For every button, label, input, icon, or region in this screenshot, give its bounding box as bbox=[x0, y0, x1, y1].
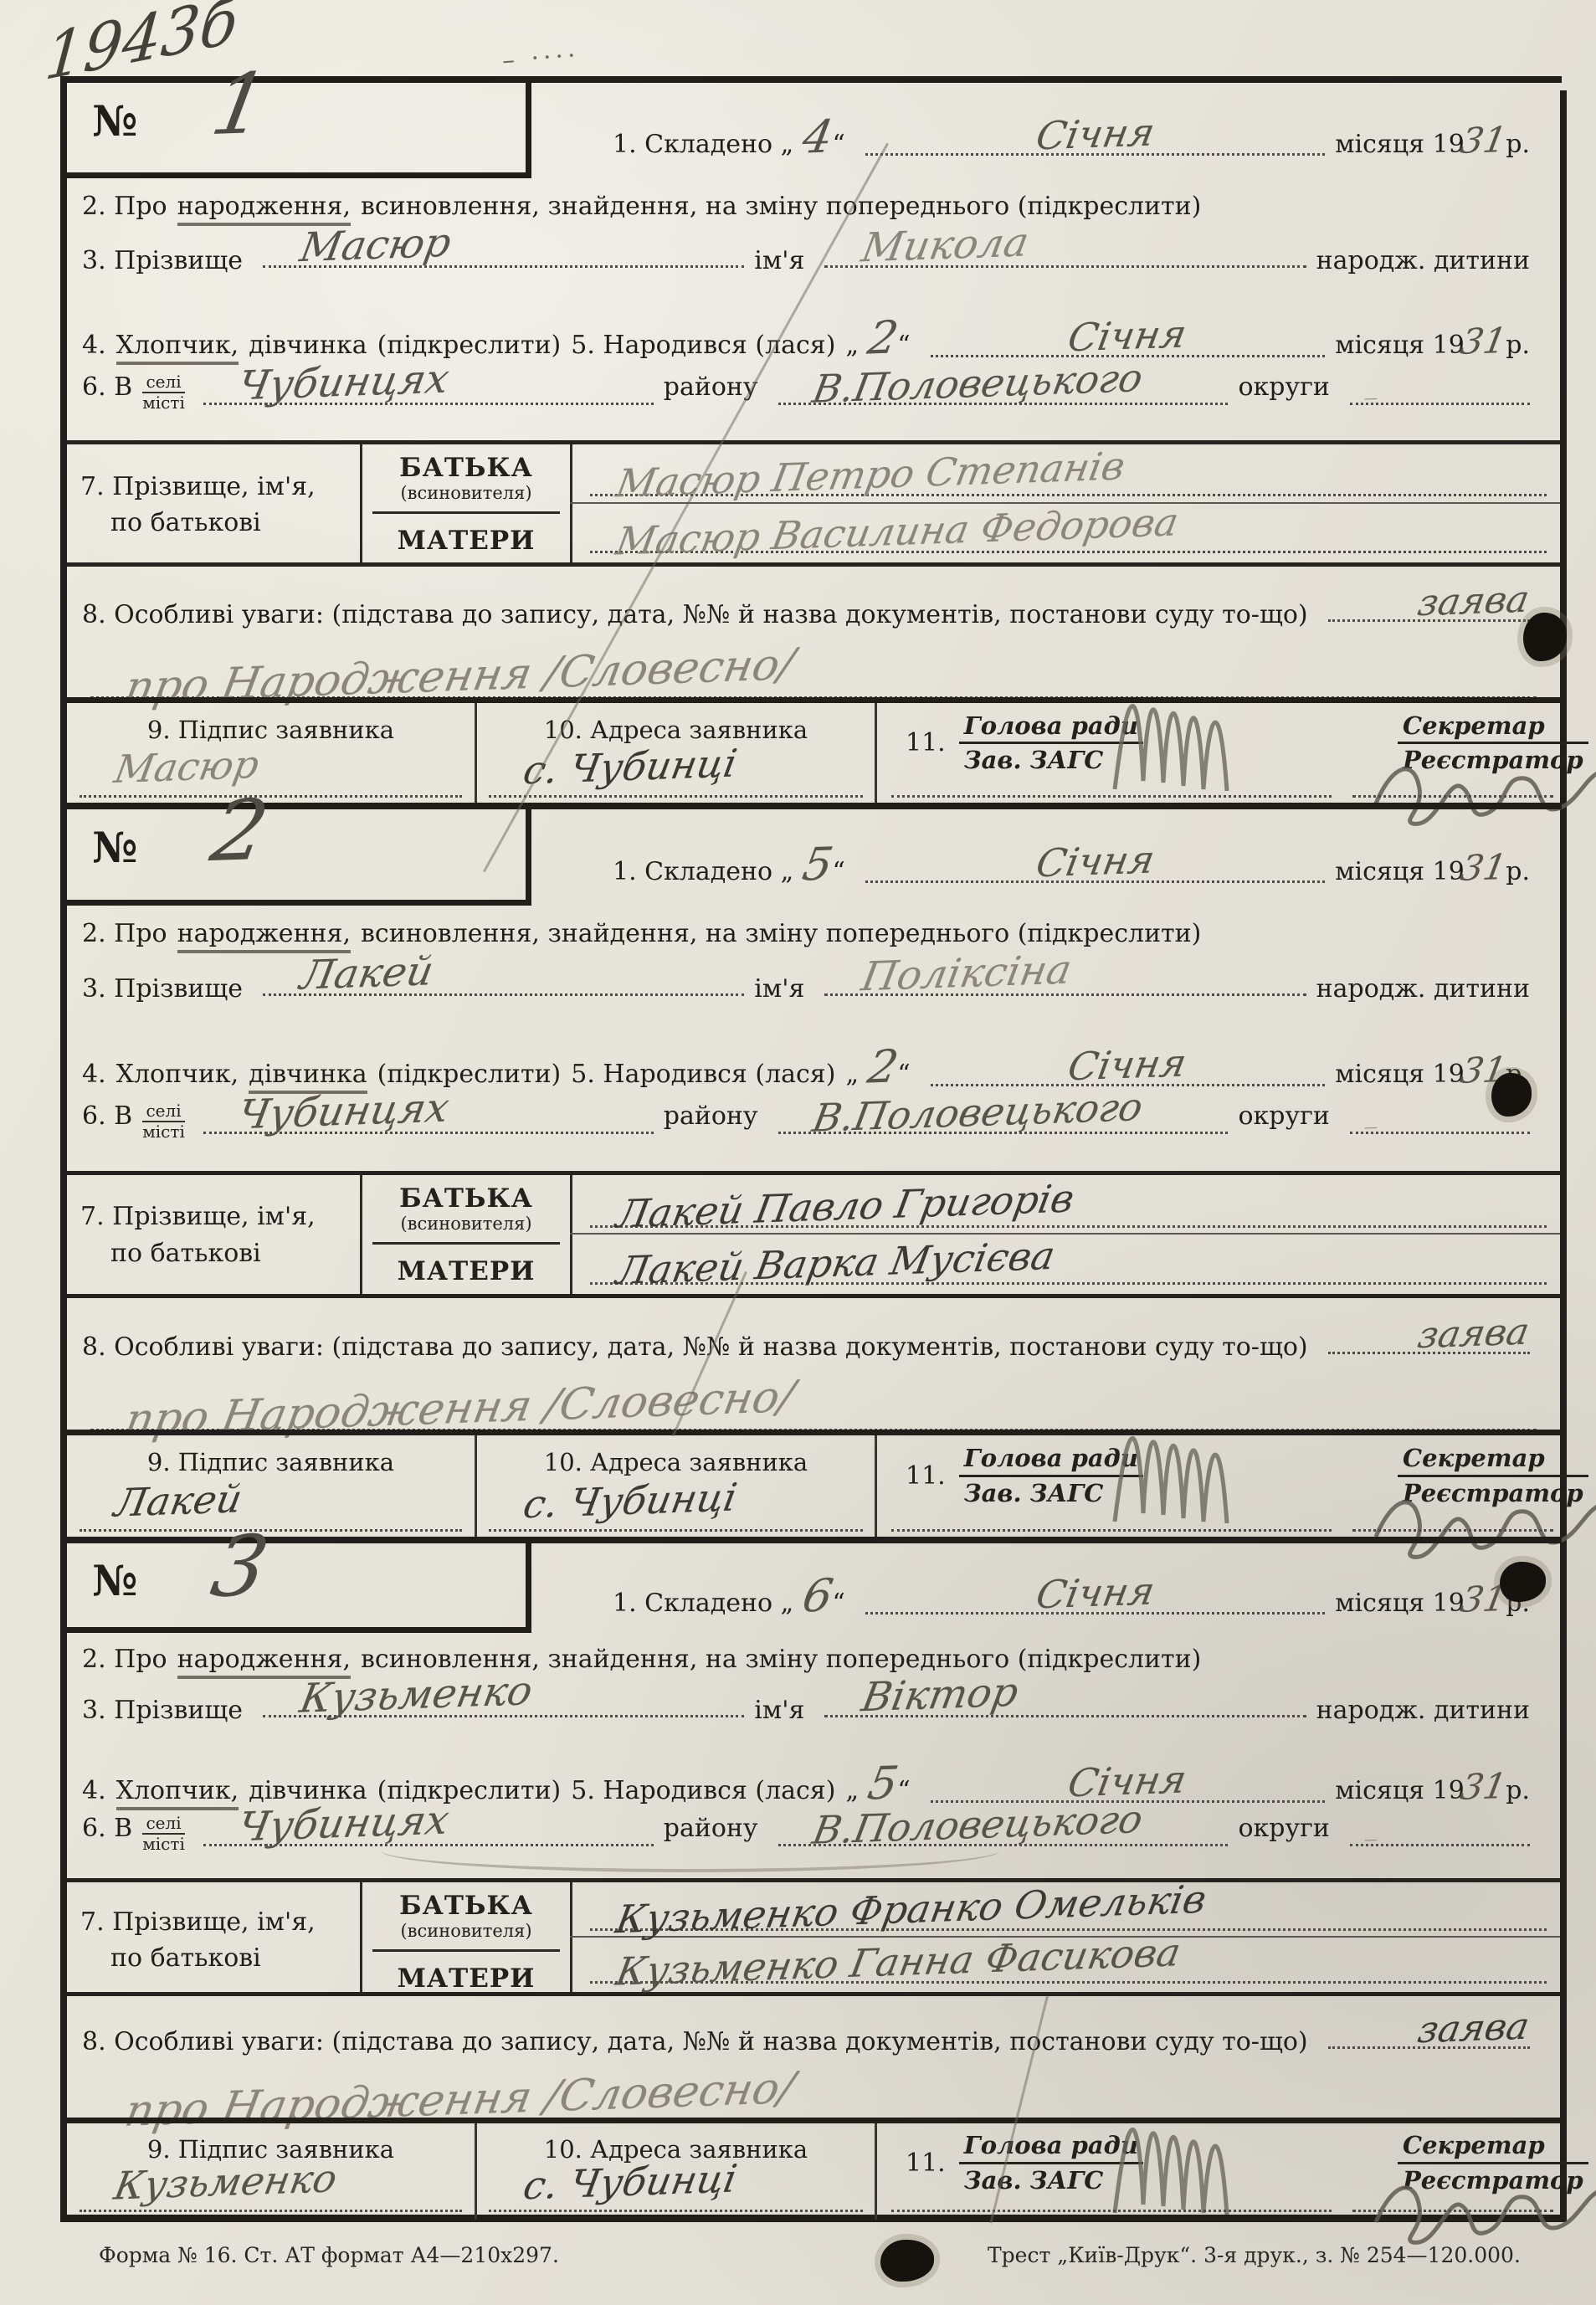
birth-month-handwritten: Січня bbox=[1065, 1040, 1191, 1089]
remarks-continuation-line: про Народження /Словесно/ bbox=[90, 2070, 1537, 2123]
parents-section: 7. Прізвище, ім'я, по батькові БАТЬКА (в… bbox=[67, 440, 1560, 567]
year-suffix: р. bbox=[1506, 857, 1530, 886]
remarks-continuation-line: про Народження /Словесно/ bbox=[90, 1378, 1537, 1431]
year-suffix: р. bbox=[1506, 331, 1530, 360]
applicant-signature-cell: 9. Підпис заявника Кузьменко bbox=[67, 2123, 477, 2220]
item4-number: 4. bbox=[82, 1060, 106, 1089]
mother-label: МАТЕРИ bbox=[362, 526, 570, 556]
remarks-label: 8. Особливі уваги: (підстава до запису, … bbox=[82, 2027, 1308, 2056]
item4-number: 4. bbox=[82, 331, 106, 360]
surname-handwritten: Масюр bbox=[296, 219, 454, 271]
mother-handwritten: Лакей Варка Мусієва bbox=[613, 1233, 1059, 1293]
remarks-line: заява bbox=[1328, 2041, 1530, 2049]
child-name-row: 3. Прізвище Кузьменко ім'я Віктор народж… bbox=[82, 1696, 1540, 1725]
scanned-registry-page: 1943б – ···· № 1 1. Складено „ 4 “ Січня… bbox=[0, 0, 1596, 2305]
sex-girl-label: дівчинка bbox=[249, 331, 367, 360]
applicant-address-label: 10. Адреса заявника bbox=[477, 1448, 875, 1476]
father-mother-column: БАТЬКА (всиновителя) МАТЕРИ bbox=[360, 1175, 572, 1294]
council-head-line bbox=[891, 795, 1332, 798]
surname-line: Кузьменко bbox=[263, 1710, 744, 1717]
address-line bbox=[489, 1529, 863, 1532]
council-head-fraction: Голова ради Зав. ЗАГС bbox=[959, 711, 1143, 776]
village-handwritten: Чубинцях bbox=[234, 1085, 453, 1139]
okruha-dash: — bbox=[1363, 390, 1378, 407]
village-town-fraction: селі місті bbox=[142, 1101, 185, 1142]
quote-open: „ bbox=[845, 331, 859, 360]
applicant-signature-label: 9. Підпис заявника bbox=[67, 1448, 475, 1476]
child-of-label: народж. дитини bbox=[1316, 974, 1530, 1004]
name-label: ім'я bbox=[754, 1696, 804, 1725]
month-prefix: місяця 19 bbox=[1335, 331, 1465, 360]
ink-blot bbox=[880, 2240, 934, 2282]
sex-and-birthdate-row: 4. Хлопчик, дівчинка (підкреслити) 5. На… bbox=[82, 1040, 1540, 1094]
parents-caption-line2: по батькові bbox=[110, 1235, 316, 1272]
surname-label: 3. Прізвище bbox=[82, 246, 243, 275]
district-line: В.Половецького bbox=[778, 1127, 1229, 1134]
okruha-dash: — bbox=[1363, 1119, 1378, 1136]
item11-number: 11. bbox=[906, 1461, 946, 1491]
surname-label: 3. Прізвище bbox=[82, 974, 243, 1004]
underline-hint: (підкреслити) bbox=[377, 331, 562, 360]
secretary-cell: Секретар Реєстратор bbox=[1346, 2123, 1560, 2220]
secretary-label: Секретар bbox=[1398, 711, 1588, 745]
applicant-address-cell: 10. Адреса заявника с. Чубинці bbox=[477, 703, 877, 806]
surname-line: Масюр bbox=[263, 260, 744, 268]
okruha-label: округи bbox=[1238, 1101, 1329, 1131]
quote: “ bbox=[833, 130, 845, 159]
born-label: 5. Народився (лася) bbox=[571, 1776, 835, 1805]
page-border-left bbox=[60, 77, 67, 2221]
secretary-line bbox=[1352, 795, 1554, 798]
applicant-address-handwritten: с. Чубинці bbox=[520, 2155, 740, 2208]
quote: “ bbox=[833, 1589, 845, 1618]
okruha-dash: — bbox=[1363, 1831, 1378, 1848]
composed-month-handwritten: Січня bbox=[1033, 110, 1158, 159]
okruha-label: округи bbox=[1238, 372, 1329, 402]
okruha-line: — bbox=[1350, 1839, 1530, 1846]
composed-day-handwritten: 4 bbox=[798, 110, 837, 164]
composed-date-row: 1. Складено „ 4 “ Січня місяця 19 31 р. bbox=[613, 110, 1540, 163]
column-divider bbox=[372, 1242, 560, 1245]
name-handwritten: Віктор bbox=[859, 1669, 1023, 1721]
quote-open: „ bbox=[845, 1060, 859, 1089]
father-label: БАТЬКА bbox=[362, 1183, 570, 1214]
composed-month-line: Січня bbox=[865, 148, 1325, 156]
address-line bbox=[489, 2210, 863, 2212]
mother-handwritten: Масюр Василина Федорова bbox=[613, 499, 1182, 563]
seli-label: селі bbox=[142, 1101, 185, 1122]
number-sign: № bbox=[92, 96, 137, 146]
mother-label: МАТЕРИ bbox=[362, 1964, 570, 1994]
registrar-label: Реєстратор bbox=[1398, 1477, 1588, 1508]
name-line: Поліксіна bbox=[824, 988, 1306, 996]
child-of-label: народж. дитини bbox=[1316, 1696, 1530, 1725]
parents-caption-line1: 7. Прізвище, ім'я, bbox=[80, 1199, 316, 1235]
mother-label: МАТЕРИ bbox=[362, 1256, 570, 1286]
surname-handwritten: Лакей bbox=[297, 947, 438, 998]
column-divider bbox=[372, 1949, 560, 1952]
name-label: ім'я bbox=[754, 246, 804, 275]
applicant-signature-handwritten: Кузьменко bbox=[111, 2155, 341, 2208]
number-sign: № bbox=[92, 1556, 137, 1605]
composed-year-handwritten: 31 bbox=[1457, 119, 1510, 162]
remarks-row: 8. Особливі уваги: (підстава до запису, … bbox=[82, 2027, 1540, 2056]
item11-number: 11. bbox=[906, 2148, 946, 2178]
council-head-cell: 11. Голова ради Зав. ЗАГС bbox=[877, 2123, 1346, 2220]
village-line: Чубинцях bbox=[203, 398, 654, 405]
father-label: БАТЬКА bbox=[362, 453, 570, 483]
registrar-label: Реєстратор bbox=[1398, 2164, 1588, 2195]
council-head-fraction: Голова ради Зав. ЗАГС bbox=[959, 2131, 1143, 2195]
surname-line: Лакей bbox=[263, 988, 744, 996]
birth-day-handwritten: 2 bbox=[864, 311, 902, 364]
composed-label: 1. Складено „ bbox=[613, 857, 793, 886]
mother-line: Масюр Василина Федорова bbox=[590, 551, 1547, 553]
record-number-box: № 3 bbox=[67, 1540, 531, 1633]
father-line: Кузьменко Франко Омельків bbox=[590, 1928, 1547, 1931]
secretary-cell: Секретар Реєстратор bbox=[1346, 1435, 1560, 1540]
adopter-label: (всиновителя) bbox=[362, 1214, 570, 1234]
month-prefix: місяця 19 bbox=[1335, 1060, 1465, 1089]
remarks-line: заява bbox=[1328, 1347, 1530, 1354]
column-divider bbox=[372, 511, 560, 514]
rayon-label: району bbox=[664, 372, 758, 402]
born-label: 5. Народився (лася) bbox=[571, 331, 835, 360]
quote-close: “ bbox=[897, 331, 910, 360]
name-line: Віктор bbox=[824, 1710, 1306, 1717]
applicant-address-cell: 10. Адреса заявника с. Чубинці bbox=[477, 1435, 877, 1540]
district-line: В.Половецького bbox=[778, 398, 1229, 405]
item4-number: 4. bbox=[82, 1776, 106, 1805]
okruha-line: — bbox=[1350, 398, 1530, 405]
sex-boy-label: Хлопчик, bbox=[116, 1060, 239, 1089]
parents-caption-line2: по батькові bbox=[110, 1940, 316, 1977]
mother-line: Кузьменко Ганна Фасикова bbox=[590, 1981, 1547, 1984]
month-prefix: місяця 19 bbox=[1335, 857, 1465, 886]
zags-label: Зав. ЗАГС bbox=[959, 1477, 1143, 1508]
record-entry-2: № 2 1. Складено „ 5 “ Січня місяця 19 31… bbox=[67, 806, 1560, 1540]
signatures-row: 9. Підпис заявника Лакей 10. Адреса заяв… bbox=[67, 1430, 1560, 1540]
secretary-fraction: Секретар Реєстратор bbox=[1398, 711, 1588, 776]
village-town-fraction: селі місті bbox=[142, 372, 185, 413]
item2-underlined-word: народження, bbox=[177, 1645, 351, 1679]
adopter-label: (всиновителя) bbox=[362, 483, 570, 503]
okruha-label: округи bbox=[1238, 1814, 1329, 1843]
month-prefix: місяця 19 bbox=[1335, 1776, 1465, 1805]
remarks-row: 8. Особливі уваги: (підстава до запису, … bbox=[82, 600, 1540, 629]
child-of-label: народж. дитини bbox=[1316, 246, 1530, 275]
address-line bbox=[489, 795, 863, 798]
remarks-handwritten: заява bbox=[1414, 2005, 1532, 2052]
record-entry-3: № 3 1. Складено „ 6 “ Січня місяця 19 31… bbox=[67, 1540, 1560, 2220]
remarks-label: 8. Особливі уваги: (підстава до запису, … bbox=[82, 1332, 1308, 1362]
parents-caption: 7. Прізвище, ім'я, по батькові bbox=[80, 469, 316, 542]
place-row: 6. В селі місті Чубинцях району В.Полове… bbox=[82, 1101, 1540, 1142]
applicant-address-cell: 10. Адреса заявника с. Чубинці bbox=[477, 2123, 877, 2220]
father-line: Масюр Петро Степанів bbox=[590, 494, 1547, 496]
parents-caption-line1: 7. Прізвище, ім'я, bbox=[80, 1904, 316, 1941]
name-line: Микола bbox=[824, 260, 1306, 268]
remarks-label: 8. Особливі уваги: (підстава до запису, … bbox=[82, 600, 1308, 629]
parents-section: 7. Прізвище, ім'я, по батькові БАТЬКА (в… bbox=[67, 1171, 1560, 1298]
rayon-label: району bbox=[664, 1101, 758, 1131]
child-name-row: 3. Прізвище Лакей ім'я Поліксіна народж.… bbox=[82, 974, 1540, 1004]
birth-day-handwritten: 2 bbox=[864, 1040, 902, 1093]
quote-open: „ bbox=[845, 1776, 859, 1805]
council-head-label-group: 11. Голова ради Зав. ЗАГС bbox=[906, 2131, 1143, 2195]
council-head-line bbox=[891, 1529, 1332, 1532]
secretary-line bbox=[1352, 1529, 1554, 1532]
father-line: Лакей Павло Григорів bbox=[590, 1225, 1547, 1228]
applicant-signature-label: 9. Підпис заявника bbox=[67, 716, 475, 744]
village-handwritten: Чубинцях bbox=[234, 355, 453, 409]
item2-underlined-word: народження, bbox=[177, 192, 351, 226]
item2-rest: всиновлення, знайдення, на зміну поперед… bbox=[361, 192, 1201, 221]
seli-label: селі bbox=[142, 372, 185, 393]
underline-hint: (підкреслити) bbox=[377, 1060, 562, 1089]
print-house-note: Трест „Київ-Друк“. 3-я друк., з. № 254—1… bbox=[988, 2243, 1521, 2267]
record-entry-1: № 1 1. Складено „ 4 “ Січня місяця 19 31… bbox=[67, 80, 1560, 806]
council-head-label: Голова ради bbox=[959, 2131, 1143, 2164]
parents-section: 7. Прізвище, ім'я, по батькові БАТЬКА (в… bbox=[67, 1878, 1560, 1997]
item2-prefix: 2. Про bbox=[82, 1645, 167, 1674]
stray-pencil-curve bbox=[381, 1829, 1000, 1872]
village-town-fraction: селі місті bbox=[142, 1814, 185, 1854]
birth-year-handwritten: 31 bbox=[1457, 320, 1510, 362]
item2-prefix: 2. Про bbox=[82, 192, 167, 221]
misti-label: місті bbox=[142, 393, 185, 413]
pencil-mark: – ···· bbox=[501, 41, 581, 75]
council-head-cell: 11. Голова ради Зав. ЗАГС bbox=[877, 703, 1346, 806]
event-type-row: 2. Про народження, всиновлення, знайденн… bbox=[82, 192, 1540, 226]
birth-day-handwritten: 5 bbox=[864, 1756, 902, 1810]
composed-date-row: 1. Складено „ 5 “ Січня місяця 19 31 р. bbox=[613, 838, 1540, 891]
composed-day-handwritten: 5 bbox=[798, 837, 837, 891]
composed-day-handwritten: 6 bbox=[798, 1568, 837, 1622]
parents-caption: 7. Прізвище, ім'я, по батькові bbox=[80, 1904, 316, 1977]
year-suffix: р. bbox=[1506, 130, 1530, 159]
remarks-line: заява bbox=[1328, 614, 1530, 622]
birth-month-handwritten: Січня bbox=[1065, 311, 1191, 360]
composed-date-row: 1. Складено „ 6 “ Січня місяця 19 31 р. bbox=[613, 1569, 1540, 1622]
composed-label: 1. Складено „ bbox=[613, 130, 793, 159]
remarks-row: 8. Особливі уваги: (підстава до запису, … bbox=[82, 1332, 1540, 1362]
applicant-address-handwritten: с. Чубинці bbox=[520, 1475, 740, 1527]
born-label: 5. Народився (лася) bbox=[571, 1060, 835, 1089]
item2-underlined-word: народження, bbox=[177, 919, 351, 953]
father-handwritten: Лакей Павло Григорів bbox=[613, 1175, 1078, 1236]
mother-line: Лакей Варка Мусієва bbox=[590, 1282, 1547, 1285]
composed-month-line: Січня bbox=[865, 1607, 1325, 1615]
surname-handwritten: Кузьменко bbox=[296, 1667, 536, 1722]
council-head-label: Голова ради bbox=[959, 711, 1143, 745]
mother-handwritten: Кузьменко Ганна Фасикова bbox=[613, 1929, 1184, 1994]
parents-divider-line bbox=[570, 1233, 1560, 1235]
item6-prefix: 6. В bbox=[82, 1814, 132, 1843]
secretary-fraction: Секретар Реєстратор bbox=[1398, 2131, 1588, 2195]
council-head-label: Голова ради bbox=[959, 1444, 1143, 1477]
council-head-label-group: 11. Голова ради Зав. ЗАГС bbox=[906, 1444, 1143, 1508]
child-name-row: 3. Прізвище Масюр ім'я Микола народж. ди… bbox=[82, 246, 1540, 275]
zags-label: Зав. ЗАГС bbox=[959, 744, 1143, 775]
secretary-label: Секретар bbox=[1398, 2131, 1588, 2164]
council-head-label-group: 11. Голова ради Зав. ЗАГС bbox=[906, 711, 1143, 776]
okruha-line: — bbox=[1350, 1127, 1530, 1134]
council-head-line bbox=[891, 2210, 1332, 2212]
name-handwritten: Микола bbox=[859, 218, 1033, 271]
form-number-note: Форма № 16. Ст. АТ формат А4—210x297. bbox=[99, 2243, 559, 2267]
father-label: БАТЬКА bbox=[362, 1891, 570, 1921]
quote: “ bbox=[833, 857, 845, 886]
council-head-cell: 11. Голова ради Зав. ЗАГС bbox=[877, 1435, 1346, 1540]
composed-month-handwritten: Січня bbox=[1033, 836, 1158, 886]
remarks-continuation-line: про Народження /Словесно/ bbox=[90, 646, 1537, 699]
secretary-fraction: Секретар Реєстратор bbox=[1398, 1444, 1588, 1508]
signature-line bbox=[80, 2210, 463, 2212]
seli-label: селі bbox=[142, 1814, 185, 1835]
secretary-line bbox=[1352, 2210, 1554, 2212]
composed-month-handwritten: Січня bbox=[1033, 1568, 1158, 1617]
place-row: 6. В селі місті Чубинцях району В.Полове… bbox=[82, 372, 1540, 413]
month-prefix: місяця 19 bbox=[1335, 1589, 1465, 1618]
secretary-label: Секретар bbox=[1398, 1444, 1588, 1477]
father-mother-column: БАТЬКА (всиновителя) МАТЕРИ bbox=[360, 1882, 572, 1993]
record-number-handwritten: 1 bbox=[204, 54, 275, 154]
record-number-box: № 1 bbox=[67, 80, 531, 178]
adopter-label: (всиновителя) bbox=[362, 1921, 570, 1941]
name-handwritten: Поліксіна bbox=[859, 947, 1075, 1001]
year-suffix: р. bbox=[1506, 1776, 1530, 1805]
item6-prefix: 6. В bbox=[82, 372, 132, 402]
misti-label: місті bbox=[142, 1122, 185, 1142]
registrar-label: Реєстратор bbox=[1398, 744, 1588, 775]
remarks-handwritten: заява bbox=[1414, 578, 1532, 625]
composed-label: 1. Складено „ bbox=[613, 1589, 793, 1618]
secretary-cell: Секретар Реєстратор bbox=[1346, 703, 1560, 806]
event-type-row: 2. Про народження, всиновлення, знайденн… bbox=[82, 1645, 1540, 1679]
surname-label: 3. Прізвище bbox=[82, 1696, 243, 1725]
signatures-row: 9. Підпис заявника Масюр 10. Адреса заяв… bbox=[67, 697, 1560, 806]
page-border-right bbox=[1560, 90, 1567, 2221]
composed-year-handwritten: 31 bbox=[1457, 846, 1510, 889]
composed-month-line: Січня bbox=[865, 875, 1325, 883]
event-type-row: 2. Про народження, всиновлення, знайденн… bbox=[82, 919, 1540, 953]
sex-boy-label: Хлопчик, bbox=[116, 1776, 239, 1810]
record-number-box: № 2 bbox=[67, 806, 531, 906]
parents-caption-line1: 7. Прізвище, ім'я, bbox=[80, 469, 316, 506]
signatures-row: 9. Підпис заявника Кузьменко 10. Адреса … bbox=[67, 2118, 1560, 2220]
month-prefix: місяця 19 bbox=[1335, 130, 1465, 159]
council-head-fraction: Голова ради Зав. ЗАГС bbox=[959, 1444, 1143, 1508]
remarks-handwritten: заява bbox=[1414, 1311, 1532, 1358]
village-line: Чубинцях bbox=[203, 1127, 654, 1134]
father-mother-column: БАТЬКА (всиновителя) МАТЕРИ bbox=[360, 444, 572, 562]
number-sign: № bbox=[92, 823, 137, 872]
applicant-address-label: 10. Адреса заявника bbox=[477, 716, 875, 744]
item2-prefix: 2. Про bbox=[82, 919, 167, 948]
item11-number: 11. bbox=[906, 728, 946, 757]
birth-year-handwritten: 31 bbox=[1457, 1765, 1510, 1808]
quote-close: “ bbox=[897, 1776, 910, 1805]
misti-label: місті bbox=[142, 1835, 185, 1854]
item6-prefix: 6. В bbox=[82, 1101, 132, 1131]
parents-caption: 7. Прізвище, ім'я, по батькові bbox=[80, 1199, 316, 1271]
zags-label: Зав. ЗАГС bbox=[959, 2164, 1143, 2195]
sex-boy-label: Хлопчик, bbox=[116, 331, 239, 365]
name-label: ім'я bbox=[754, 974, 804, 1004]
parents-caption-line2: по батькові bbox=[110, 505, 316, 542]
quote-close: “ bbox=[897, 1060, 910, 1089]
item2-rest: всиновлення, знайдення, на зміну поперед… bbox=[361, 919, 1201, 948]
sex-and-birthdate-row: 4. Хлопчик, дівчинка (підкреслити) 5. На… bbox=[82, 311, 1540, 365]
